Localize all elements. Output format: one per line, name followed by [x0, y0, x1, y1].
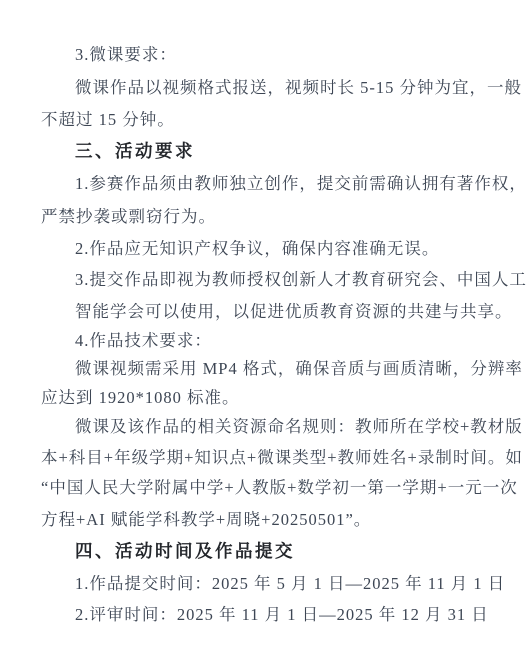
paragraph-line: 方程+AI 赋能学科教学+周晓+20250501”。	[41, 510, 371, 530]
paragraph-line: 微课视频需采用 MP4 格式，确保音质与画质清晰，分辨率	[75, 359, 523, 379]
paragraph-line: 1.参赛作品须由教师独立创作，提交前需确认拥有著作权，	[75, 174, 527, 194]
paragraph-line: 微课作品以视频格式报送，视频时长 5-15 分钟为宜，一般	[75, 78, 522, 98]
paragraph-line: 不超过 15 分钟。	[41, 110, 175, 130]
paragraph-line: 智能学会可以使用，以促进优质教育资源的共建与共享。	[75, 302, 513, 322]
paragraph-line: 3.微课要求：	[75, 45, 177, 65]
paragraph-line: 2.评审时间：2025 年 11 月 1 日—2025 年 12 月 31 日	[75, 605, 489, 625]
paragraph-line: “中国人民大学附属中学+人教版+数学初一第一学期+一元一次	[41, 478, 518, 498]
section-heading-4: 四、活动时间及作品提交	[75, 541, 295, 561]
paragraph-line: 2.作品应无知识产权争议，确保内容准确无误。	[75, 239, 439, 259]
document-page: 3.微课要求： 微课作品以视频格式报送，视频时长 5-15 分钟为宜，一般 不超…	[0, 0, 527, 663]
paragraph-line: 3.提交作品即视为教师授权创新人才教育研究会、中国人工	[75, 270, 527, 290]
paragraph-line: 4.作品技术要求：	[75, 331, 212, 351]
paragraph-line: 应达到 1920*1080 标准。	[41, 388, 240, 408]
section-heading-3: 三、活动要求	[75, 141, 195, 161]
paragraph-line: 1.作品提交时间：2025 年 5 月 1 日—2025 年 11 月 1 日	[75, 574, 505, 594]
paragraph-line: 严禁抄袭或剽窃行为。	[41, 207, 216, 227]
paragraph-line: 微课及该作品的相关资源命名规则：教师所在学校+教材版	[75, 417, 523, 437]
paragraph-line: 本+科目+年级学期+知识点+微课类型+教师姓名+录制时间。如	[41, 448, 523, 468]
